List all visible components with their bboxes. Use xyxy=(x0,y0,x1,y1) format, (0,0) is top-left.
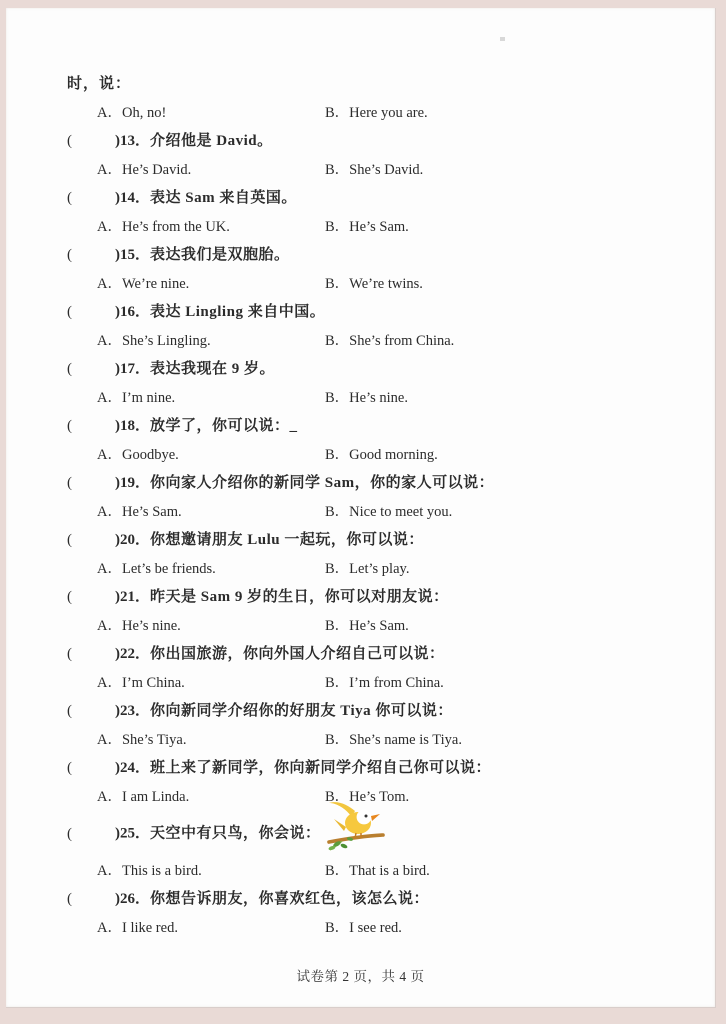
carryover-line: 时，说： xyxy=(67,70,695,99)
option-b-text: She’s from China. xyxy=(349,333,454,349)
question-number: )15． xyxy=(115,247,150,263)
bird-image xyxy=(327,800,385,863)
option-b: B．Let’s play. xyxy=(325,555,409,584)
question-block: ()17．表达我现在 9 岁。 A．I’m nine.B．He’s nine. xyxy=(67,355,695,412)
option-a-text: He’s David. xyxy=(122,162,191,178)
option-b-label: B． xyxy=(325,732,349,748)
question-stem: 介绍他是 David。 xyxy=(150,133,273,149)
question-number: )20． xyxy=(115,532,150,548)
question-options: A．I like red.B．I see red. xyxy=(67,914,695,943)
option-a-label: A． xyxy=(97,447,122,463)
option-b-text: He’s nine. xyxy=(349,390,408,406)
question-block: ()19．你向家人介绍你的新同学 Sam，你的家人可以说： A．He’s Sam… xyxy=(67,469,695,526)
option-a-label: A． xyxy=(97,675,122,691)
question-number: )24． xyxy=(115,760,150,776)
question-stem: 你出国旅游，你向外国人介绍自己可以说： xyxy=(150,646,445,662)
question-stem: 班上来了新同学，你向新同学介绍自己你可以说： xyxy=(150,760,491,776)
question-stem: 放学了，你可以说：_ xyxy=(150,418,298,434)
question-number: )14． xyxy=(115,190,150,206)
question-block: ()25．天空中有只鸟，你会说： xyxy=(67,811,695,885)
option-b-text: Good morning. xyxy=(349,447,438,463)
carryover-text: 时，说： xyxy=(67,76,131,92)
exam-content: 时，说： A．Oh, no!B．Here you are. ()13．介绍他是 … xyxy=(67,70,695,942)
option-a-text: We’re nine. xyxy=(122,276,189,292)
question-block: ()26．你想告诉朋友，你喜欢红色，该怎么说： A．I like red.B．I… xyxy=(67,885,695,942)
question-number: )13． xyxy=(115,133,150,149)
option-b-text: She’s name is Tiya. xyxy=(349,732,462,748)
option-a-label: A． xyxy=(97,105,122,121)
option-a: A．He’s David. xyxy=(97,156,325,185)
option-b-text: She’s David. xyxy=(349,162,423,178)
option-b: B．We’re twins. xyxy=(325,270,423,299)
question-number: )18． xyxy=(115,418,150,434)
option-a-text: I like red. xyxy=(122,920,178,936)
option-a-label: A． xyxy=(97,920,122,936)
option-a-label: A． xyxy=(97,618,122,634)
question-stem: 表达 Sam 来自英国。 xyxy=(150,190,297,206)
question-block: ()16．表达 Lingling 来自中国。 A．She’s Lingling.… xyxy=(67,298,695,355)
question-options: A．We’re nine.B．We’re twins. xyxy=(67,270,695,299)
option-a-text: He’s nine. xyxy=(122,618,181,634)
question-options: A．She’s Tiya.B．She’s name is Tiya. xyxy=(67,726,695,755)
option-a: A．She’s Tiya. xyxy=(97,726,325,755)
question-line: ()16．表达 Lingling 来自中国。 xyxy=(67,298,695,327)
option-b: B．Here you are. xyxy=(325,99,428,128)
option-a-text: This is a bird. xyxy=(122,863,202,879)
option-b-text: Here you are. xyxy=(349,105,428,121)
question-line: ()17．表达我现在 9 岁。 xyxy=(67,355,695,384)
question-number: )19． xyxy=(115,475,150,491)
option-a: A．This is a bird. xyxy=(97,857,325,886)
option-b: B．Nice to meet you. xyxy=(325,498,452,527)
option-b-label: B． xyxy=(325,447,349,463)
option-b-label: B． xyxy=(325,618,349,634)
option-a-label: A． xyxy=(97,789,122,805)
option-a: A．I am Linda. xyxy=(97,783,325,812)
scan-speck xyxy=(500,37,505,41)
question-line: ()19．你向家人介绍你的新同学 Sam，你的家人可以说： xyxy=(67,469,695,498)
question-options: A．He’s from the UK.B．He’s Sam. xyxy=(67,213,695,242)
question-line: ()14．表达 Sam 来自英国。 xyxy=(67,184,695,213)
option-a-text: She’s Tiya. xyxy=(122,732,186,748)
option-b-text: He’s Sam. xyxy=(349,219,409,235)
question-block: ()13．介绍他是 David。 A．He’s David.B．She’s Da… xyxy=(67,127,695,184)
option-a-label: A． xyxy=(97,561,122,577)
question-options: A．This is a bird.B．That is a bird. xyxy=(67,857,695,886)
option-a-text: Goodbye. xyxy=(122,447,179,463)
option-b-text: I see red. xyxy=(349,920,402,936)
answer-paren: ( xyxy=(67,820,115,849)
option-b-text: Let’s play. xyxy=(349,561,409,577)
question-number: )23． xyxy=(115,703,150,719)
question-number: )17． xyxy=(115,361,150,377)
question-number: )26． xyxy=(115,891,150,907)
answer-paren: ( xyxy=(67,127,115,156)
question-line: ()22．你出国旅游，你向外国人介绍自己可以说： xyxy=(67,640,695,669)
option-a-label: A． xyxy=(97,863,122,879)
option-b: B．He’s Sam. xyxy=(325,612,409,641)
question-number: )16． xyxy=(115,304,150,320)
option-b-label: B． xyxy=(325,863,349,879)
option-b-label: B． xyxy=(325,675,349,691)
option-b-text: That is a bird. xyxy=(349,863,430,879)
option-b-label: B． xyxy=(325,561,349,577)
question-options: A．She’s Lingling.B．She’s from China. xyxy=(67,327,695,356)
option-b-label: B． xyxy=(325,276,349,292)
paper-sheet: 时，说： A．Oh, no!B．Here you are. ()13．介绍他是 … xyxy=(6,8,716,1008)
option-b-text: Nice to meet you. xyxy=(349,504,452,520)
question-line: ()25．天空中有只鸟，你会说： xyxy=(67,811,695,857)
answer-paren: ( xyxy=(67,885,115,914)
option-a-text: Let’s be friends. xyxy=(122,561,216,577)
question-stem: 你向新同学介绍你的好朋友 Tiya 你可以说： xyxy=(150,703,453,719)
question-line: ()20．你想邀请朋友 Lulu 一起玩，你可以说： xyxy=(67,526,695,555)
option-a-label: A． xyxy=(97,504,122,520)
question-stem: 表达我现在 9 岁。 xyxy=(150,361,275,377)
option-b: B．She’s from China. xyxy=(325,327,454,356)
option-b-label: B． xyxy=(325,105,349,121)
option-a: A．I’m China. xyxy=(97,669,325,698)
question-stem: 你向家人介绍你的新同学 Sam，你的家人可以说： xyxy=(150,475,494,491)
answer-paren: ( xyxy=(67,241,115,270)
option-a-label: A． xyxy=(97,276,122,292)
question-stem: 表达 Lingling 来自中国。 xyxy=(150,304,325,320)
option-a-text: I am Linda. xyxy=(122,789,189,805)
answer-paren: ( xyxy=(67,469,115,498)
question-block: ()20．你想邀请朋友 Lulu 一起玩，你可以说： A．Let’s be fr… xyxy=(67,526,695,583)
question-line: ()21．昨天是 Sam 9 岁的生日，你可以对朋友说： xyxy=(67,583,695,612)
question-number: )22． xyxy=(115,646,150,662)
answer-paren: ( xyxy=(67,526,115,555)
question-options: A．He’s nine.B．He’s Sam. xyxy=(67,612,695,641)
question-list: ()13．介绍他是 David。 A．He’s David.B．She’s Da… xyxy=(67,127,695,942)
question-stem: 表达我们是双胞胎。 xyxy=(150,247,290,263)
answer-paren: ( xyxy=(67,697,115,726)
option-b-label: B． xyxy=(325,219,349,235)
option-b: B．Good morning. xyxy=(325,441,438,470)
option-a: A．Goodbye. xyxy=(97,441,325,470)
option-b-label: B． xyxy=(325,333,349,349)
option-b: B．I’m from China. xyxy=(325,669,444,698)
question-options: A．He’s Sam.B．Nice to meet you. xyxy=(67,498,695,527)
option-b: B．She’s David. xyxy=(325,156,423,185)
answer-paren: ( xyxy=(67,298,115,327)
question-line: ()13．介绍他是 David。 xyxy=(67,127,695,156)
question-stem: 天空中有只鸟，你会说： xyxy=(150,826,321,842)
question-line: ()18．放学了，你可以说：_ xyxy=(67,412,695,441)
option-a: A．Oh, no! xyxy=(97,99,325,128)
question-block: ()14．表达 Sam 来自英国。 A．He’s from the UK.B．H… xyxy=(67,184,695,241)
question-options: A．Let’s be friends.B．Let’s play. xyxy=(67,555,695,584)
question-line: ()15．表达我们是双胞胎。 xyxy=(67,241,695,270)
option-b-label: B． xyxy=(325,504,349,520)
option-a: A．We’re nine. xyxy=(97,270,325,299)
question-stem: 昨天是 Sam 9 岁的生日，你可以对朋友说： xyxy=(150,589,449,605)
question-options: A．I’m nine.B．He’s nine. xyxy=(67,384,695,413)
question-options: A．He’s David.B．She’s David. xyxy=(67,156,695,185)
option-a: A．He’s nine. xyxy=(97,612,325,641)
option-a-text: He’s from the UK. xyxy=(122,219,230,235)
option-a-text: He’s Sam. xyxy=(122,504,182,520)
answer-paren: ( xyxy=(67,754,115,783)
question-block: ()22．你出国旅游，你向外国人介绍自己可以说： A．I’m China.B．I… xyxy=(67,640,695,697)
question-options: A．I’m China.B．I’m from China. xyxy=(67,669,695,698)
option-b-text: He’s Sam. xyxy=(349,618,409,634)
answer-paren: ( xyxy=(67,184,115,213)
scanned-exam-page: 时，说： A．Oh, no!B．Here you are. ()13．介绍他是 … xyxy=(0,0,726,1024)
option-a: A．He’s Sam. xyxy=(97,498,325,527)
answer-paren: ( xyxy=(67,412,115,441)
question-block: ()21．昨天是 Sam 9 岁的生日，你可以对朋友说： A．He’s nine… xyxy=(67,583,695,640)
option-a-text: Oh, no! xyxy=(122,105,166,121)
option-b: B．He’s nine. xyxy=(325,384,408,413)
option-a: A．He’s from the UK. xyxy=(97,213,325,242)
question-number: )21． xyxy=(115,589,150,605)
question-stem: 你想邀请朋友 Lulu 一起玩，你可以说： xyxy=(150,532,424,548)
question-line: ()24．班上来了新同学，你向新同学介绍自己你可以说： xyxy=(67,754,695,783)
option-b: B．She’s name is Tiya. xyxy=(325,726,462,755)
option-a: A．I like red. xyxy=(97,914,325,943)
option-b-label: B． xyxy=(325,920,349,936)
option-a-text: I’m China. xyxy=(122,675,185,691)
carryover-options: A．Oh, no!B．Here you are. xyxy=(67,99,695,128)
option-a-label: A． xyxy=(97,390,122,406)
option-a-label: A． xyxy=(97,162,122,178)
answer-paren: ( xyxy=(67,640,115,669)
option-b: B．I see red. xyxy=(325,914,402,943)
question-number: )25． xyxy=(115,826,150,842)
answer-paren: ( xyxy=(67,355,115,384)
option-b-text: I’m from China. xyxy=(349,675,444,691)
option-b-label: B． xyxy=(325,390,349,406)
option-b-text: We’re twins. xyxy=(349,276,423,292)
question-options: A．Goodbye.B．Good morning. xyxy=(67,441,695,470)
page-footer: 试卷第 2 页，共 4 页 xyxy=(6,965,715,985)
question-stem: 你想告诉朋友，你喜欢红色，该怎么说： xyxy=(150,891,429,907)
option-a: A．I’m nine. xyxy=(97,384,325,413)
question-block: ()18．放学了，你可以说：_ A．Goodbye.B．Good morning… xyxy=(67,412,695,469)
option-a: A．She’s Lingling. xyxy=(97,327,325,356)
option-b: B．He’s Sam. xyxy=(325,213,409,242)
option-a-text: She’s Lingling. xyxy=(122,333,211,349)
question-block: ()15．表达我们是双胞胎。 A．We’re nine.B．We’re twin… xyxy=(67,241,695,298)
option-b: B．That is a bird. xyxy=(325,857,430,886)
question-block: ()23．你向新同学介绍你的好朋友 Tiya 你可以说： A．She’s Tiy… xyxy=(67,697,695,754)
question-line: ()26．你想告诉朋友，你喜欢红色，该怎么说： xyxy=(67,885,695,914)
option-a-label: A． xyxy=(97,732,122,748)
answer-paren: ( xyxy=(67,583,115,612)
option-a: A．Let’s be friends. xyxy=(97,555,325,584)
question-line: ()23．你向新同学介绍你的好朋友 Tiya 你可以说： xyxy=(67,697,695,726)
option-a-label: A． xyxy=(97,219,122,235)
option-b-label: B． xyxy=(325,162,349,178)
option-a-text: I’m nine. xyxy=(122,390,175,406)
option-a-label: A． xyxy=(97,333,122,349)
